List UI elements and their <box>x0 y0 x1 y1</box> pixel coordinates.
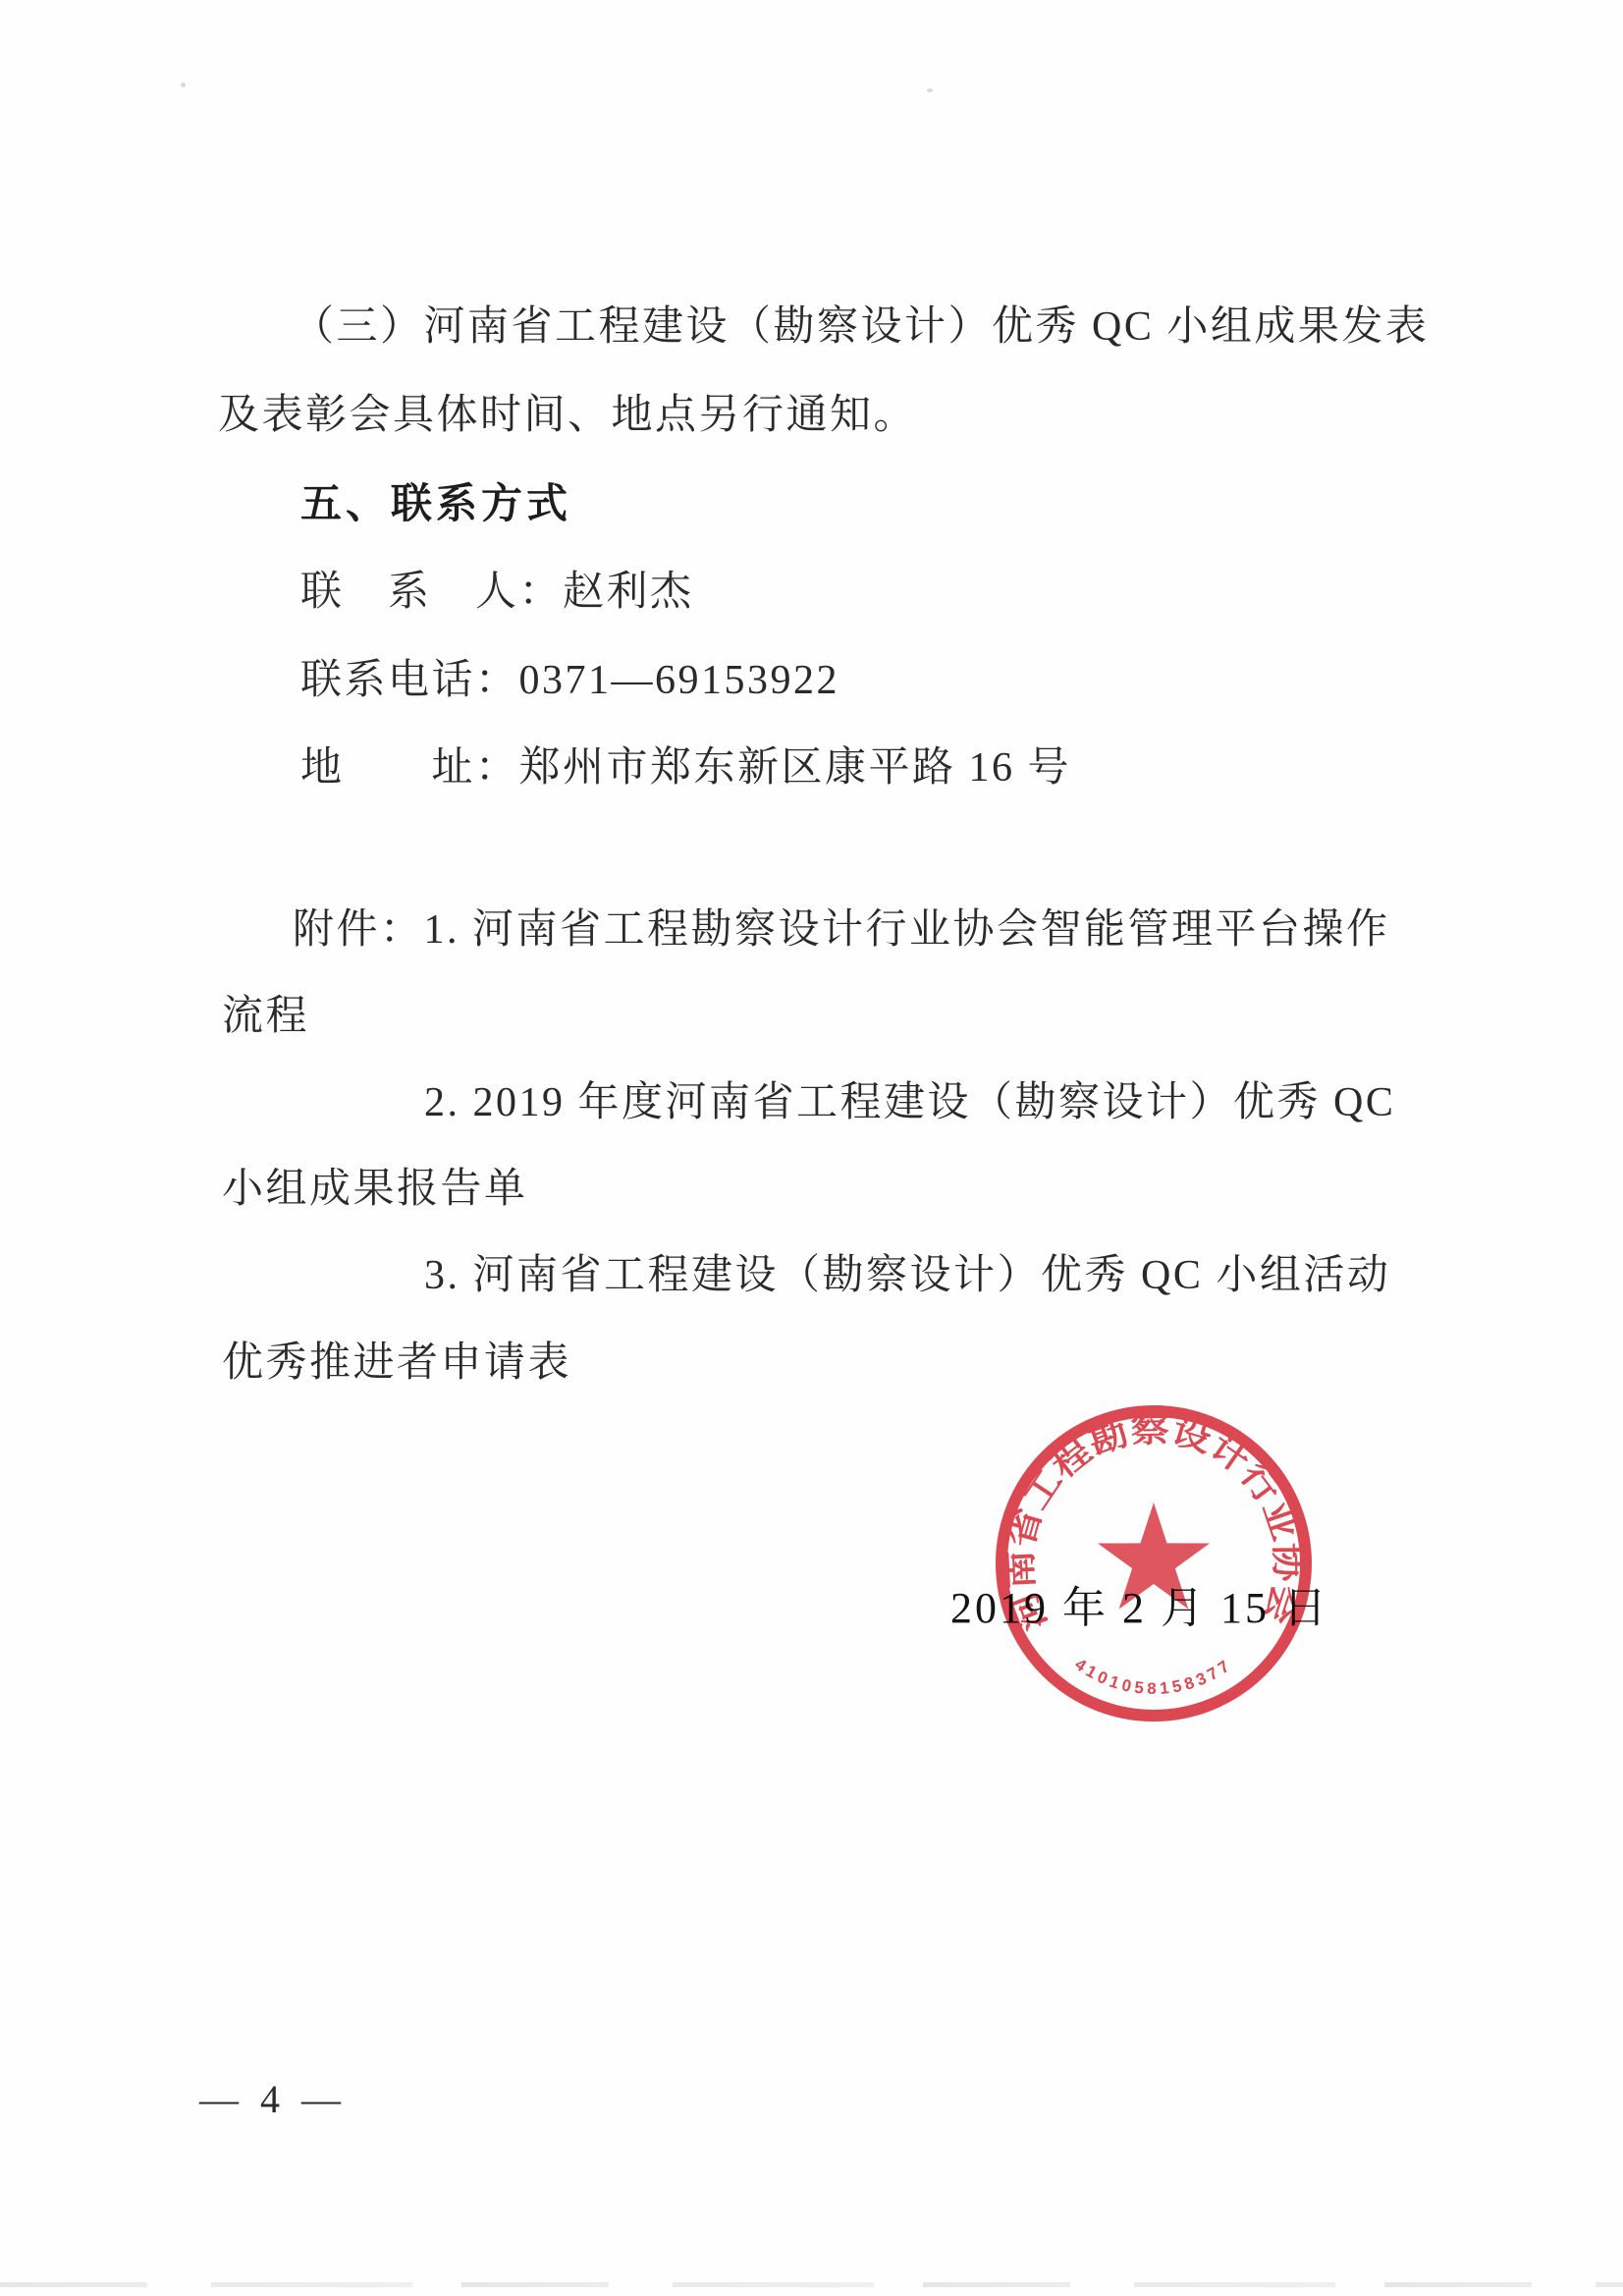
attachment2-line2: 小组成果报告单 <box>222 1165 528 1214</box>
document-page: （三）河南省工程建设（勘察设计）优秀 QC 小组成果发表 及表彰会具体时间、地点… <box>0 0 1623 2296</box>
notice-paragraph-line2: 及表彰会具体时间、地点另行通知。 <box>218 391 917 440</box>
contact-phone-line: 联系电话：0371—69153922 <box>300 656 839 705</box>
contact-person-line: 联 系 人：赵利杰 <box>300 568 694 617</box>
attachment2-line1: 2. 2019 年度河南省工程建设（勘察设计）优秀 QC <box>424 1078 1395 1127</box>
attachment3-line1: 3. 河南省工程建设（勘察设计）优秀 QC 小组活动 <box>424 1251 1390 1300</box>
page-number: — 4 — <box>199 2076 347 2122</box>
attachment1-line1: 附件：1. 河南省工程勘察设计行业协会智能管理平台操作 <box>293 905 1390 955</box>
scan-speck <box>927 88 933 92</box>
document-date: 2019 年 2 月 15 日 <box>950 1572 1329 1635</box>
scan-speck <box>181 82 186 87</box>
attachment3-line2: 优秀推进者申请表 <box>222 1339 571 1388</box>
seal-number: 4101058158377 <box>1071 1655 1236 1698</box>
attachment1-line2: 流程 <box>222 992 309 1041</box>
section-heading-contact: 五、联系方式 <box>300 479 571 528</box>
contact-address-line: 地 址：郑州市郑东新区康平路 16 号 <box>300 743 1071 793</box>
notice-paragraph-line1: （三）河南省工程建设（勘察设计）优秀 QC 小组成果发表 <box>293 302 1429 352</box>
official-seal: 河南省工程勘察设计行业协会 4101058158377 <box>987 1396 1321 1730</box>
svg-text:4101058158377: 4101058158377 <box>1071 1655 1236 1698</box>
scan-artifact-line <box>0 2282 1623 2287</box>
